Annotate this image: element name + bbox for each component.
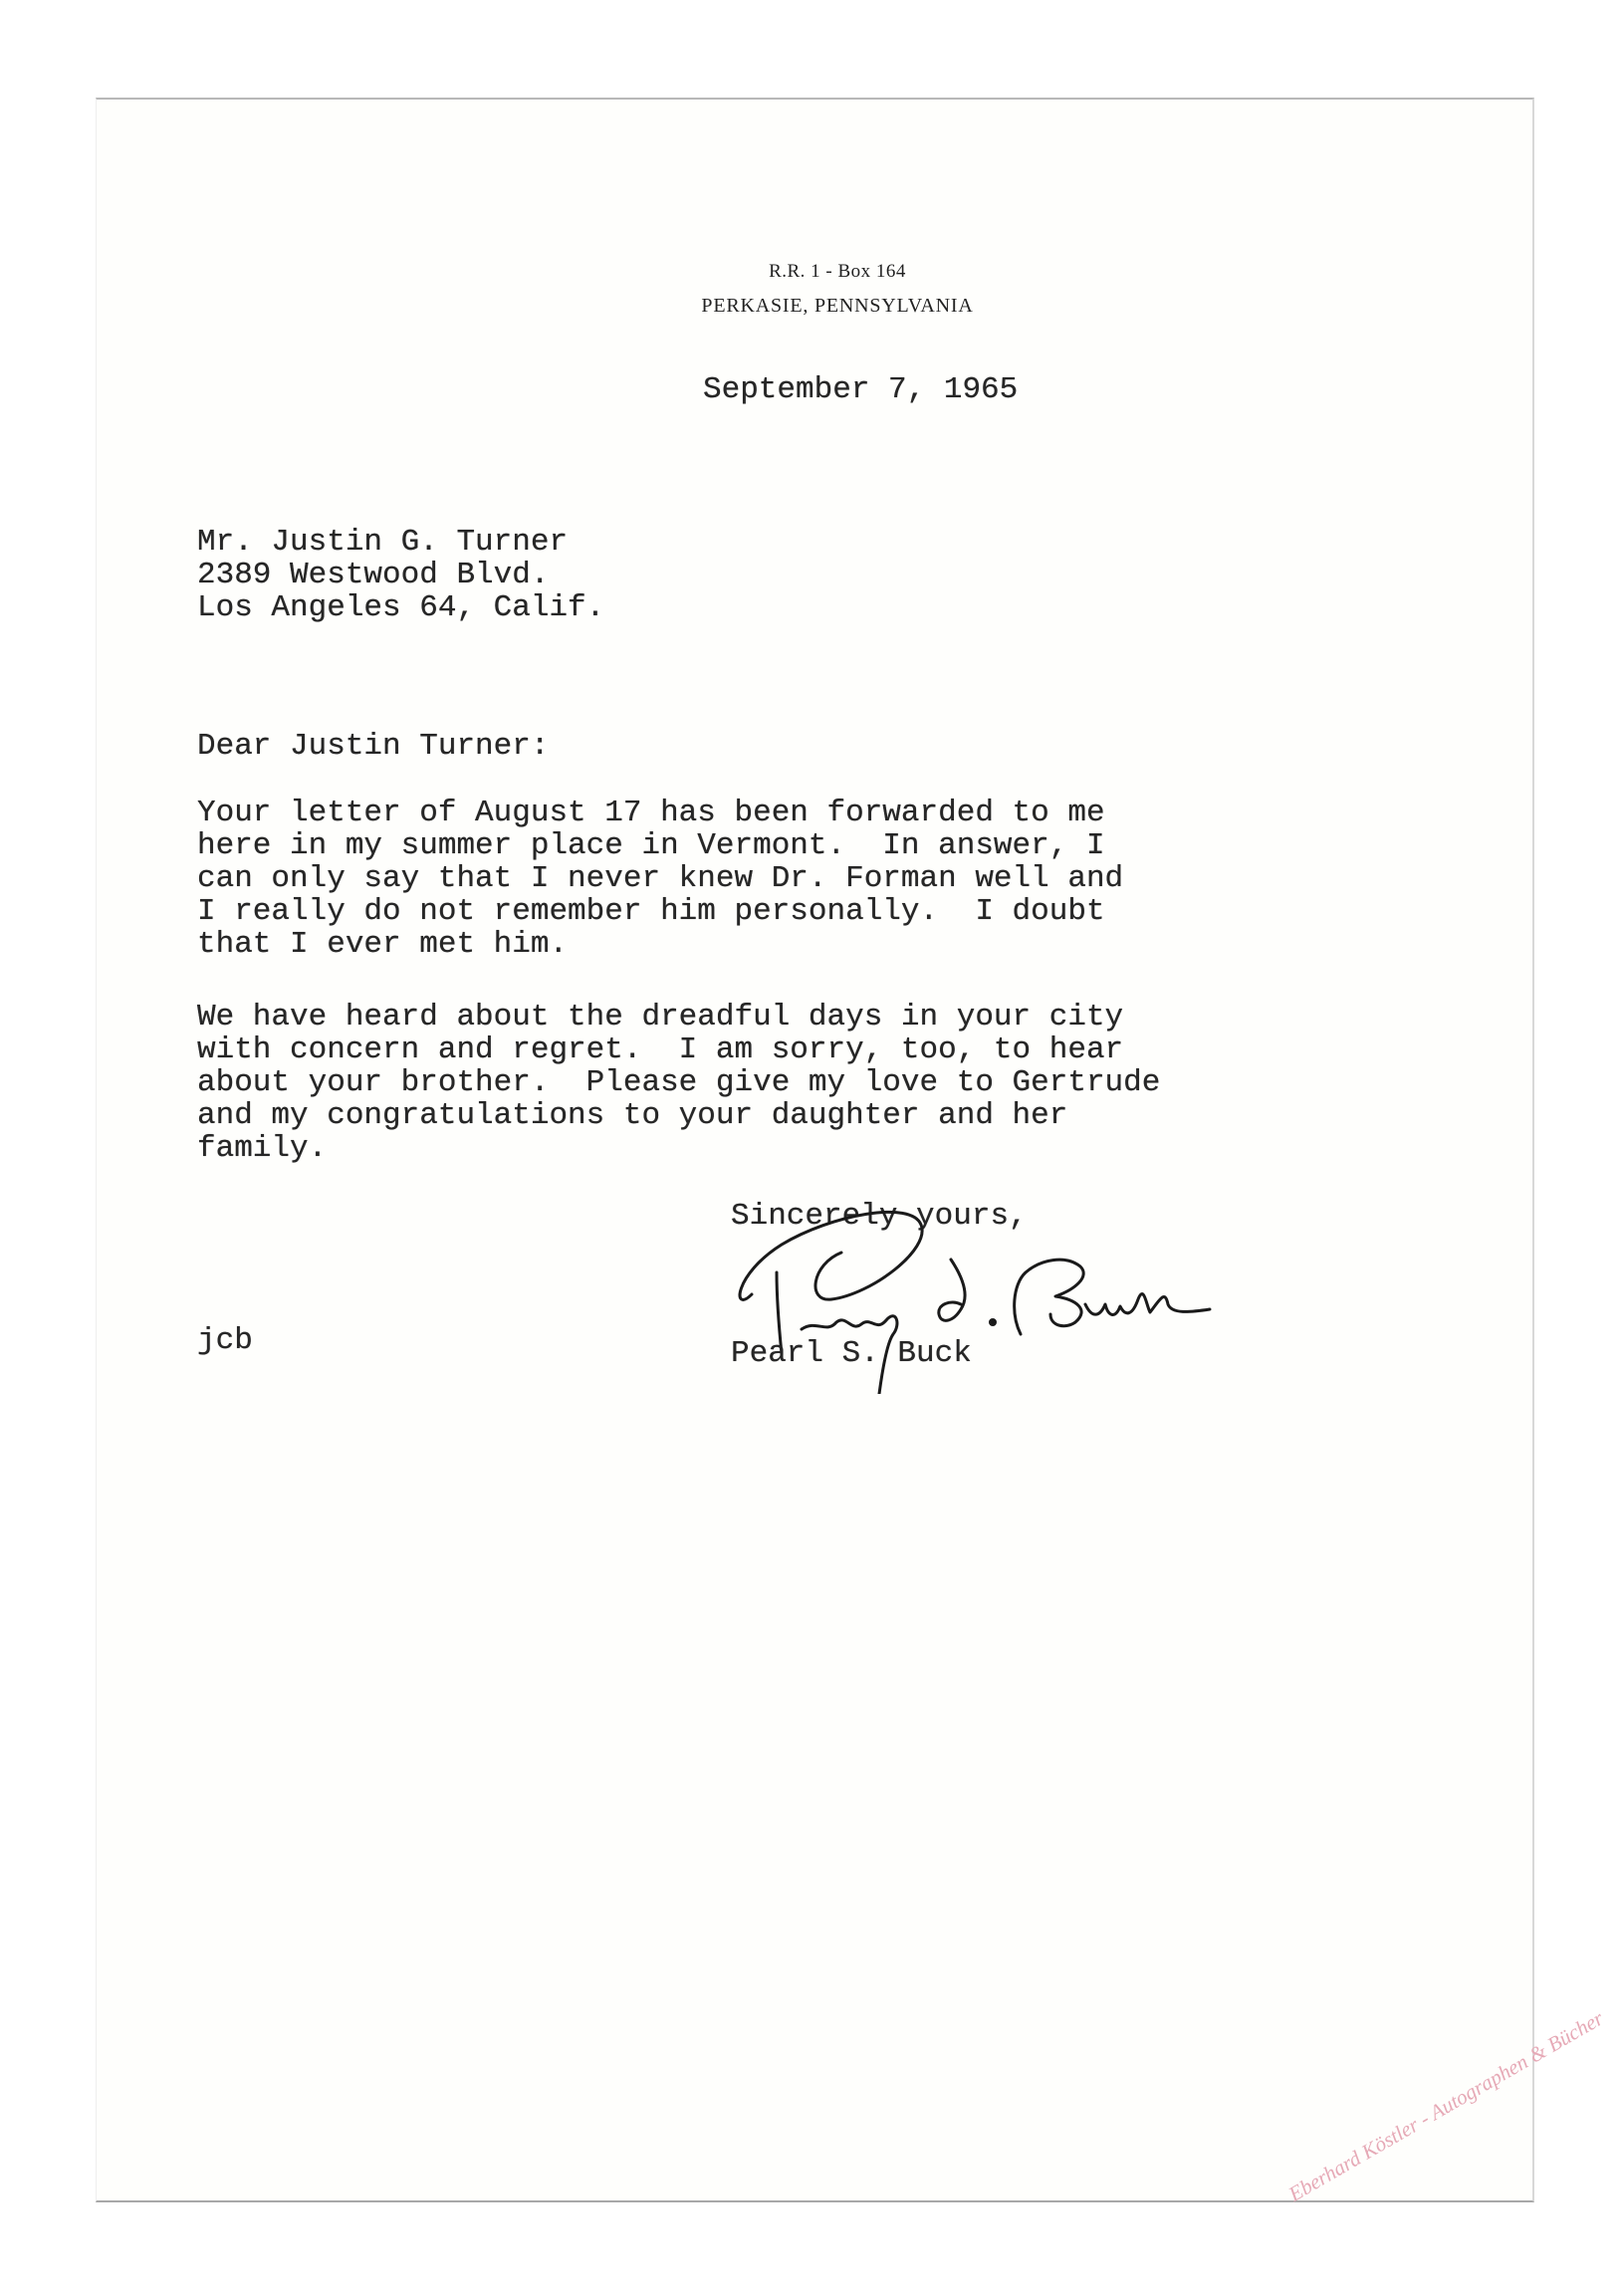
- letterhead-address: R.R. 1 - Box 164: [142, 261, 1532, 283]
- typist-initials: jcb: [197, 1324, 253, 1357]
- letter-date: September 7, 1965: [703, 373, 1018, 406]
- recipient-line: Mr. Justin G. Turner: [197, 526, 604, 559]
- recipient-line: Los Angeles 64, Calif.: [197, 591, 604, 624]
- salutation: Dear Justin Turner:: [197, 730, 549, 763]
- letterhead-city: PERKASIE, PENNSYLVANIA: [142, 295, 1532, 318]
- body-paragraph: We have heard about the dreadful days in…: [197, 1001, 1160, 1165]
- recipient-line: 2389 Westwood Blvd.: [197, 559, 604, 591]
- body-paragraph: Your letter of August 17 has been forwar…: [197, 797, 1123, 961]
- recipient-address: Mr. Justin G. Turner2389 Westwood Blvd.L…: [197, 526, 604, 624]
- signer-name: Pearl S. Buck: [731, 1337, 972, 1370]
